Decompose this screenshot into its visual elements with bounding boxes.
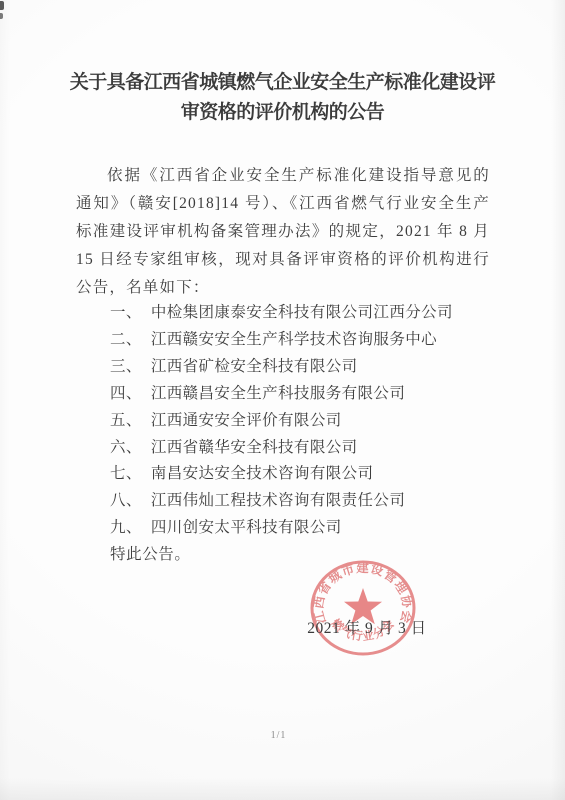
document-page: 关于具备江西省城镇燃气企业安全生产标准化建设评 审资格的评价机构的公告 依据《江… (0, 0, 565, 800)
scan-artifact-mark (0, 13, 3, 19)
item-number: 九、 (110, 519, 142, 536)
item-company-name: 江西伟灿工程技术咨询有限责任公司 (151, 492, 405, 509)
item-number: 二、 (110, 331, 142, 348)
item-number: 三、 (110, 358, 142, 375)
list-item: 七、南昌安达安全技术咨询有限公司 (110, 461, 505, 488)
item-number: 五、 (110, 412, 142, 429)
item-number: 六、 (110, 439, 142, 456)
document-title-line-2: 审资格的评价机构的公告 (40, 98, 525, 128)
official-stamp: 江西省城市建设管理协会 燃气行业分会 (288, 538, 438, 678)
item-company-name: 江西赣昌安全生产科技服务有限公司 (151, 385, 405, 402)
document-title-line-1: 关于具备江西省城镇燃气企业安全生产标准化建设评 (40, 68, 525, 98)
item-company-name: 南昌安达安全技术咨询有限公司 (151, 465, 374, 482)
item-company-name: 江西省赣华安全科技有限公司 (151, 439, 358, 456)
list-item: 二、江西赣安安全生产科学技术咨询服务中心 (110, 327, 505, 354)
issue-date: 2021 年 9 月 3 日 (292, 616, 442, 638)
item-company-name: 四川创安太平科技有限公司 (151, 519, 342, 536)
item-number: 七、 (110, 465, 142, 482)
item-number: 四、 (110, 385, 142, 402)
list-item: 三、江西省矿检安全科技有限公司 (110, 354, 505, 381)
list-item: 六、江西省赣华安全科技有限公司 (110, 435, 505, 462)
item-number: 八、 (110, 492, 142, 509)
item-company-name: 中检集团康泰安全科技有限公司江西分公司 (151, 304, 453, 321)
intro-paragraph: 依据《江西省企业安全生产标准化建设指导意见的通知》（赣安[2018]14 号）、… (76, 162, 490, 302)
page-number: 1/1 (0, 730, 557, 741)
list-item: 八、江西伟灿工程技术咨询有限责任公司 (110, 488, 505, 515)
list-item: 五、江西通安安全评价有限公司 (110, 408, 505, 435)
item-company-name: 江西省矿检安全科技有限公司 (151, 358, 358, 375)
list-item: 四、江西赣昌安全生产科技服务有限公司 (110, 381, 505, 408)
item-number: 一、 (110, 304, 142, 321)
closing-statement: 特此公告。 (110, 541, 191, 568)
scan-artifact-mark (0, 1, 4, 10)
document-title: 关于具备江西省城镇燃气企业安全生产标准化建设评 审资格的评价机构的公告 (40, 68, 525, 128)
item-company-name: 江西通安安全评价有限公司 (151, 412, 342, 429)
company-list: 一、中检集团康泰安全科技有限公司江西分公司 二、江西赣安安全生产科学技术咨询服务… (110, 300, 505, 542)
item-company-name: 江西赣安安全生产科学技术咨询服务中心 (151, 331, 437, 348)
list-item: 一、中检集团康泰安全科技有限公司江西分公司 (110, 300, 505, 327)
